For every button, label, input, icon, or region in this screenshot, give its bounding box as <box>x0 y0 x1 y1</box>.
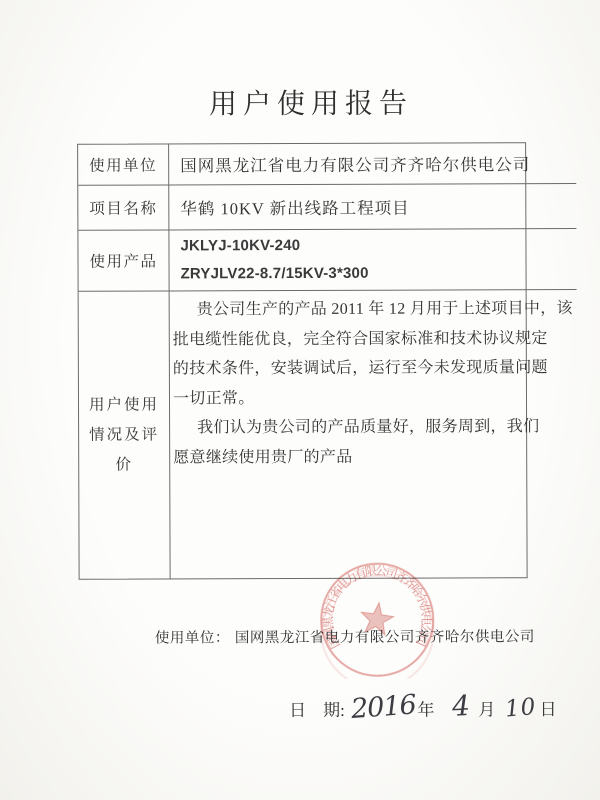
seal-outer-ring <box>321 564 433 676</box>
product-code-1: JKLYJ-10KV-240 <box>180 231 576 260</box>
row-label-products-used: 使用产品 <box>78 230 169 291</box>
evaluation-text-line-1: 贵公司生产的产品 2011 年 12 月用于上述项目中，该 <box>173 294 573 325</box>
date-month-handwritten: 4 <box>452 689 472 723</box>
date-year-handwritten: 2016 <box>350 689 417 725</box>
footer-unit-label: 使用单位： <box>155 630 230 646</box>
row-label-using-unit: 使用单位 <box>78 144 169 185</box>
scanned-report-page: 用户使用报告 使用单位 国网黑龙江省电力有限公司齐齐哈尔供电公司 项目名称 华鹤… <box>0 0 600 800</box>
date-day-handwritten: 10 <box>504 694 538 723</box>
date-month-suffix: 月 <box>478 695 495 720</box>
date-line: 日 期: 2016 年 4 月 10 日 <box>289 689 557 723</box>
company-seal: 国网黑龙江省电力有限公司齐齐哈尔供电公司 <box>319 562 436 679</box>
row-label-user-evaluation: 用户使用 情况及评 价 <box>79 291 171 578</box>
evaluation-text-line-4: 一切正常。 <box>173 383 573 414</box>
company-seal-graphic: 国网黑龙江省电力有限公司齐齐哈尔供电公司 <box>319 562 436 679</box>
project-name-text: 华鹤 10KV 新出线路工程项目 <box>180 194 576 219</box>
row-value-products-used: JKLYJ-10KV-240 ZRYJLV22-8.7/15KV-3*300 <box>169 229 576 291</box>
evaluation-label-line-3: 价 <box>115 450 133 480</box>
row-value-user-evaluation: 贵公司生产的产品 2011 年 12 月用于上述项目中，该 批电缆性能优良，完全… <box>170 290 578 578</box>
evaluation-label-line-2: 情况及评 <box>89 420 159 450</box>
evaluation-text-line-5: 我们认为贵公司的产品质量好，服务周到，我们 <box>173 412 573 443</box>
evaluation-text-line-6: 愿意继续使用贵厂的产品 <box>173 442 573 473</box>
row-value-project-name: 华鹤 10KV 新出线路工程项目 <box>169 184 576 230</box>
evaluation-text-line-3: 的技术条件，安装调试后，运行至今未发现质量问题 <box>173 353 573 384</box>
footer-unit-line: 使用单位：国网黑龙江省电力有限公司齐齐哈尔供电公司 <box>155 625 535 647</box>
using-unit-text: 国网黑龙江省电力有限公司齐齐哈尔供电公司 <box>180 151 576 176</box>
footer-unit-value: 国网黑龙江省电力有限公司齐齐哈尔供电公司 <box>235 629 535 646</box>
date-year-suffix: 年 <box>417 696 434 721</box>
report-table: 使用单位 国网黑龙江省电力有限公司齐齐哈尔供电公司 项目名称 华鹤 10KV 新… <box>77 142 528 580</box>
evaluation-label-line-1: 用户使用 <box>89 390 159 420</box>
report-title: 用户使用报告 <box>11 81 600 123</box>
product-code-2: ZRYJLV22-8.7/15KV-3*300 <box>181 259 577 288</box>
date-label: 日 期: <box>289 696 345 721</box>
row-label-project-name: 项目名称 <box>78 185 169 230</box>
date-day-suffix: 日 <box>540 695 557 720</box>
row-value-using-unit: 国网黑龙江省电力有限公司齐齐哈尔供电公司 <box>169 143 576 185</box>
evaluation-text-line-2: 批电缆性能优良，完全符合国家标准和技术协议规定 <box>173 324 573 355</box>
